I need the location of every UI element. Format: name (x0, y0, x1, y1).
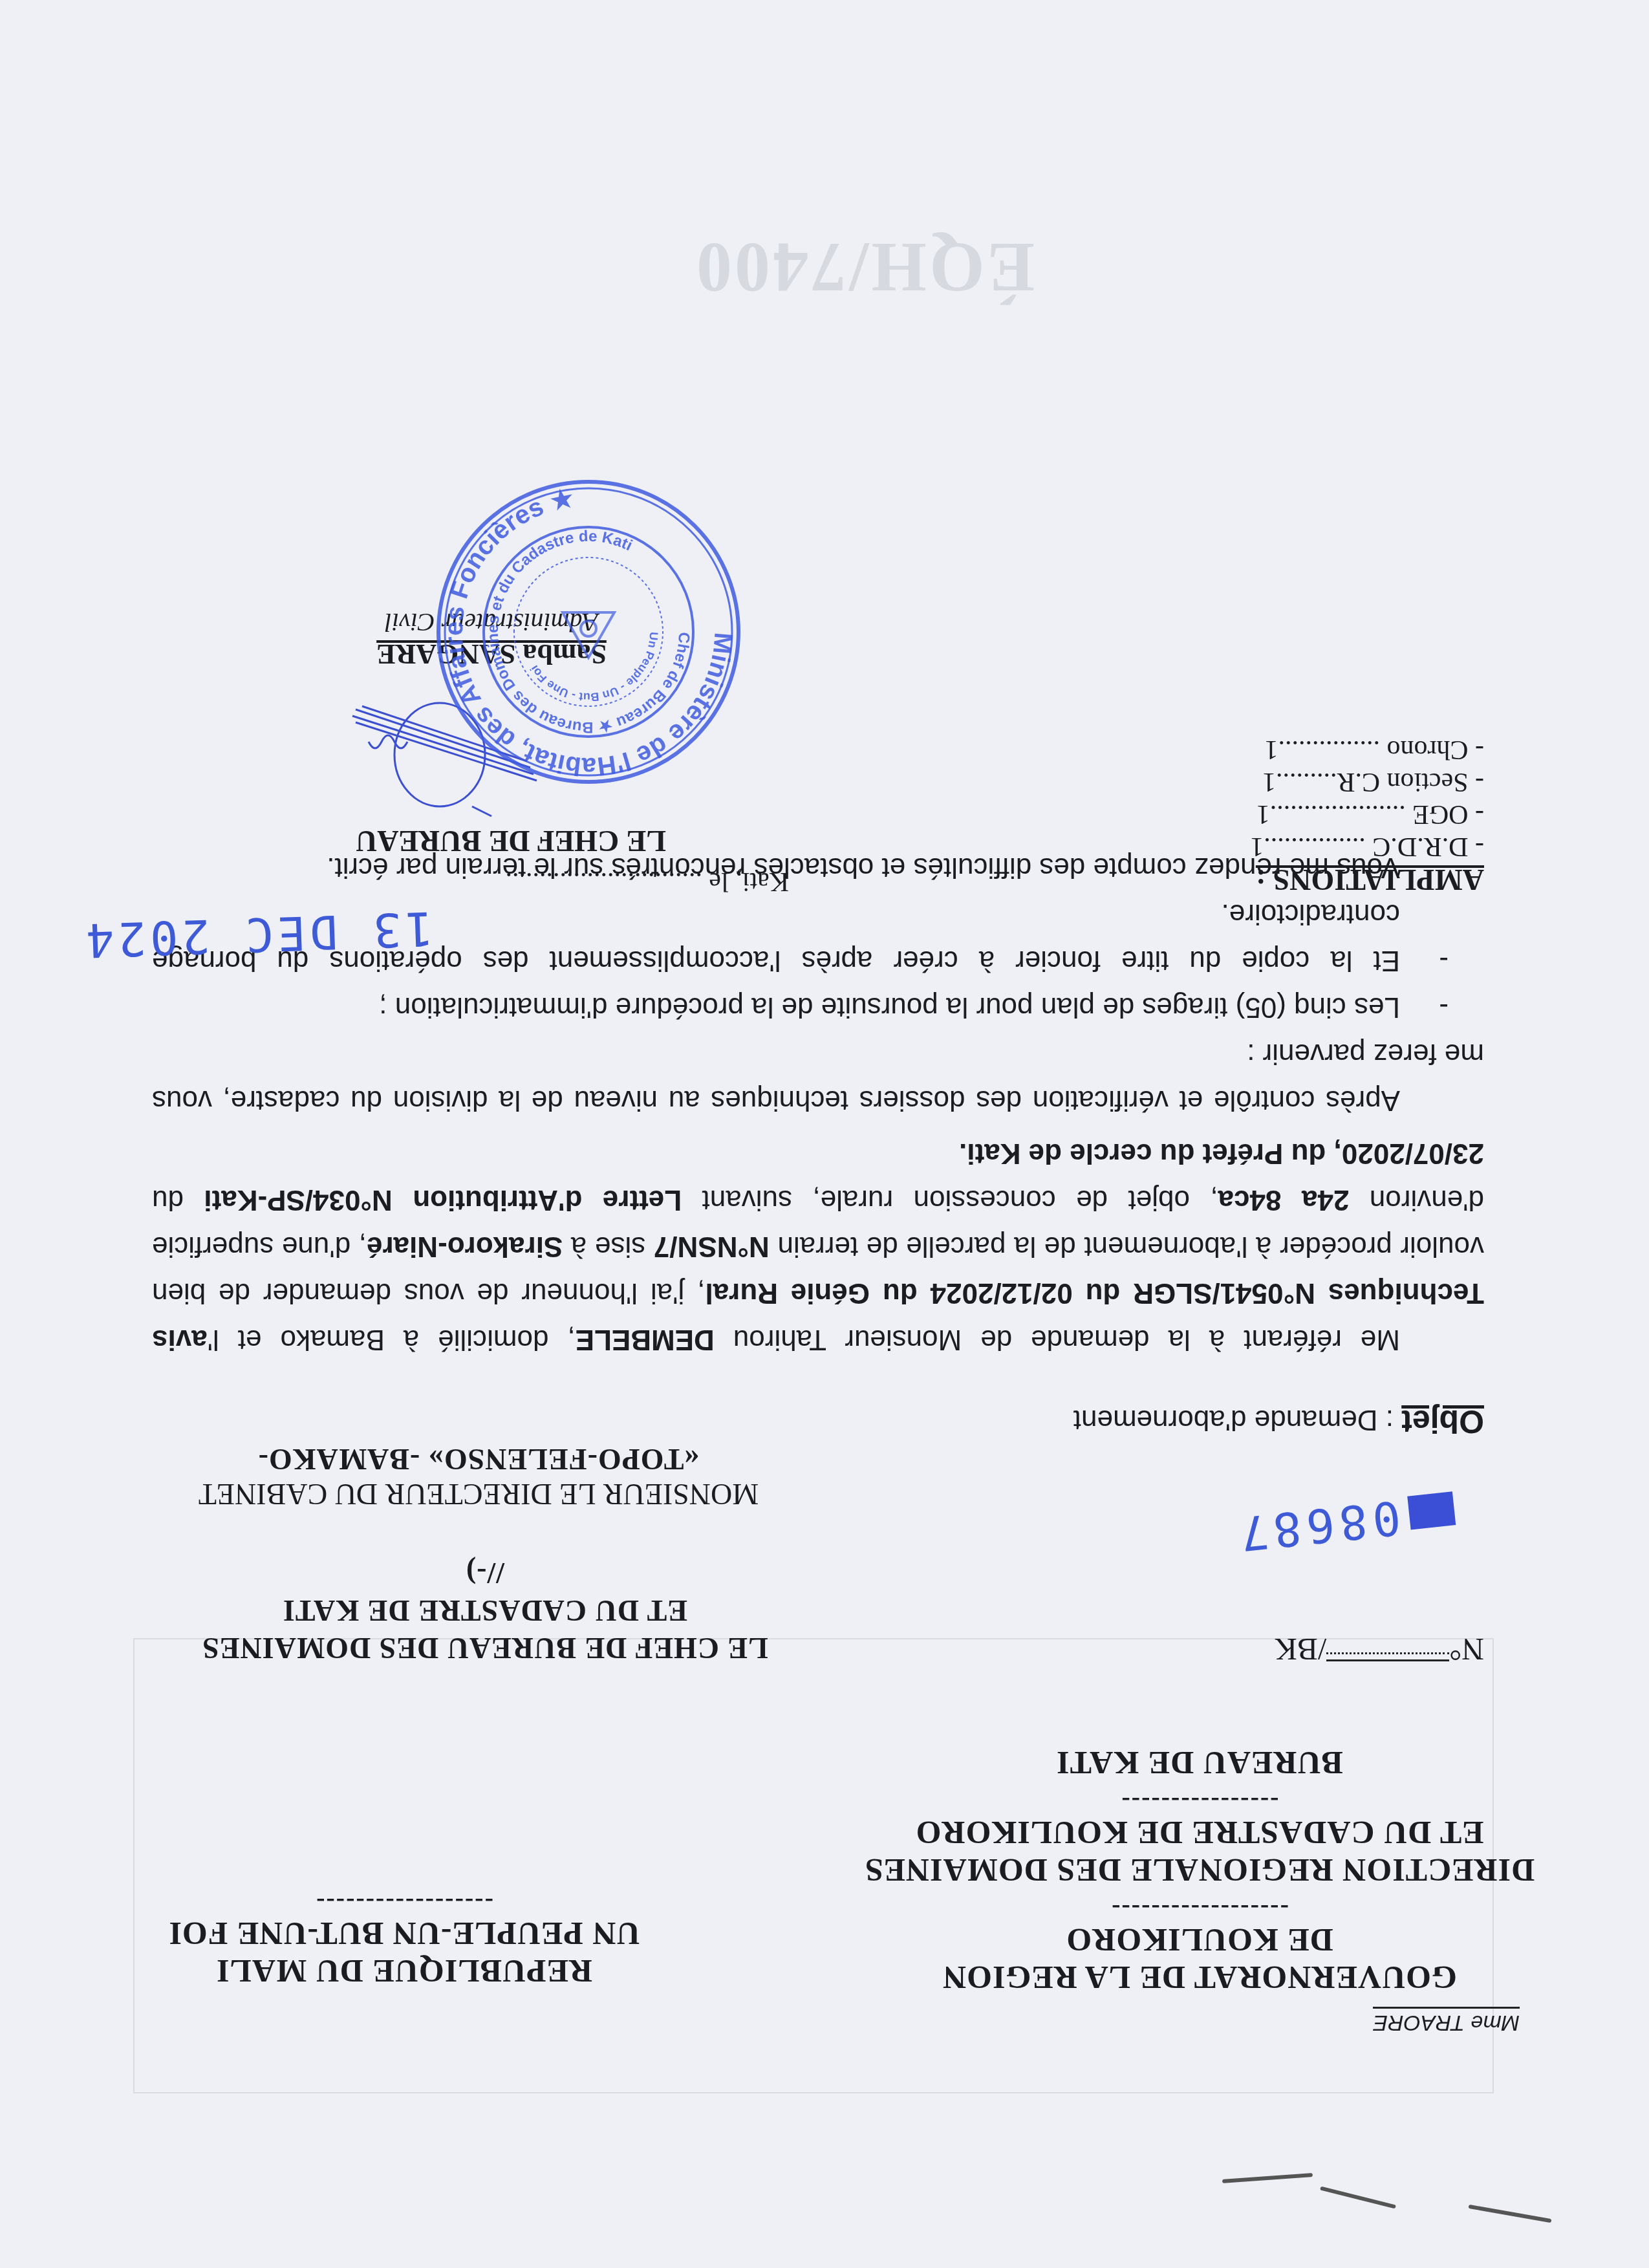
ampliation-item: - D.R.D.C ...............1 (1250, 830, 1484, 863)
header-direction: DIRECTION REGIONALE DES DOMAINES (860, 1852, 1539, 1889)
svg-text:Un Peuple - Un But - Une Foi: Un Peuple - Un But - Une Foi (528, 632, 660, 704)
body-paragraph-1: Me référant à la demande de Monsieur Tah… (152, 1130, 1484, 1363)
date-stamp-text: 13 DEC 2024 (81, 902, 434, 968)
sender-line3: //-) (142, 1554, 828, 1592)
body-bullet-item: - Les cinq (05) tirages de plan pour la … (152, 984, 1400, 1030)
header-devise: UN PEUPLE-UN BUT-UNE FOI (129, 1915, 679, 1952)
date-stamp: 13 DEC 2024 (82, 907, 433, 962)
header-separator: ---------------- (860, 1788, 1539, 1814)
ampliations-block: AMPLIATIONS : - D.R.D.C ...............1… (1250, 733, 1484, 897)
place-date-line: Kati, le ............................. (505, 866, 789, 897)
ampliation-item: - Section C.R.........1 (1250, 766, 1484, 798)
place-date-dots: ............................. (505, 867, 702, 896)
header-gouvernorat: GOUVERNORAT DE LA REGION (860, 1959, 1539, 1996)
ampliations-title: AMPLIATIONS : (1250, 863, 1484, 897)
stamp-block-icon (1407, 1491, 1456, 1529)
seal-emblem-icon (563, 612, 614, 658)
header-bureau: BUREAU DE KATI (860, 1744, 1539, 1782)
parcel-area: 24a 84ca (1218, 1184, 1350, 1216)
sender-block: LE CHEF DE BUREAU DES DOMAINES ET DU CAD… (142, 1554, 828, 1667)
official-seal: Ministère de l'Habitat, des Affaires Fon… (433, 477, 744, 787)
reference-prefix: N° (1449, 1632, 1484, 1666)
bleed-through-text: ÉQH/7400 (694, 226, 1035, 308)
reference-number: N°/BK (1275, 1630, 1484, 1667)
body-paragraph-2: Après contrôle et vérification des dossi… (152, 1030, 1484, 1123)
attribution-date: 23/07/2020, du Préfet du cercle de Kati. (959, 1138, 1484, 1169)
ampliations-list: - D.R.D.C ...............1- OGE ........… (1250, 733, 1484, 863)
parcel-number: N°NSN/7 (654, 1231, 770, 1262)
place-date-prefix: Kati, le (702, 867, 789, 896)
letter-page: Mme TRAORE GOUVERNORAT DE LA REGION DE K… (0, 0, 1649, 2268)
reference-suffix: /BK (1275, 1632, 1326, 1666)
attribution-letter-ref: Lettre d'Attribution N°034/SP-Kati (204, 1184, 682, 1216)
seal-center-text: Un Peuple - Un But - Une Foi (528, 632, 660, 704)
sender-line1: LE CHEF DE BUREAU DES DOMAINES (142, 1629, 828, 1667)
applicant-name: DEMBELE (576, 1324, 715, 1355)
header-separator: ------------------ (860, 1895, 1539, 1921)
parcel-location: Sirakoro-Niaré (367, 1231, 563, 1262)
header-republique: REPUBLIQUE DU MALI (129, 1952, 679, 1990)
registration-number: 08687 (1233, 1490, 1403, 1561)
object-text: Demande d'abornement (1073, 1404, 1378, 1436)
signatory-title: LE CHEF DE BUREAU (265, 823, 757, 858)
object-line: Objet : Demande d'abornement (1073, 1403, 1484, 1440)
bullet-dash-icon: - (1439, 937, 1449, 984)
recipient-line2: «TOPO-FELENSO» -BAMAKO- (155, 1442, 802, 1476)
ampliation-item: - Chrono ...............1 (1250, 733, 1484, 766)
recipient-block: MONSIEUR LE DIRECTEUR DU CABINET «TOPO-F… (155, 1442, 802, 1511)
bullet-dash-icon: - (1439, 984, 1449, 1030)
handling-officer-note: Mme TRAORE (1373, 2007, 1520, 2035)
recipient-line1: MONSIEUR LE DIRECTEUR DU CABINET (155, 1476, 802, 1511)
header-region: DE KOULIKORO (860, 1921, 1539, 1959)
annotation-mme-traore: Mme TRAORE (1373, 2007, 1520, 2035)
header-separator: ------------------ (129, 1889, 679, 1915)
svg-text:Chef de Bureau ★ Bureau des Do: Chef de Bureau ★ Bureau des Domaines et … (484, 528, 693, 736)
object-label: Objet (1401, 1403, 1484, 1440)
header-right: REPUBLIQUE DU MALI UN PEUPLE-UN BUT-UNE … (129, 1889, 679, 1990)
seal-inner-text: Chef de Bureau ★ Bureau des Domaines et … (484, 528, 693, 736)
ampliation-item: - OGE ....................1 (1250, 798, 1484, 830)
signature-block: LE CHEF DE BUREAU (265, 823, 757, 858)
reference-blank (1326, 1652, 1449, 1661)
header-cadastre: ET DU CADASTRE DE KOULIKORO (860, 1814, 1539, 1852)
sender-line2: ET DU CADASTRE DE KATI (142, 1592, 828, 1629)
object-separator: : (1378, 1404, 1402, 1436)
header-left: GOUVERNORAT DE LA REGION DE KOULIKORO --… (860, 1744, 1539, 1996)
registration-stamp: 08687 (1234, 1496, 1455, 1550)
